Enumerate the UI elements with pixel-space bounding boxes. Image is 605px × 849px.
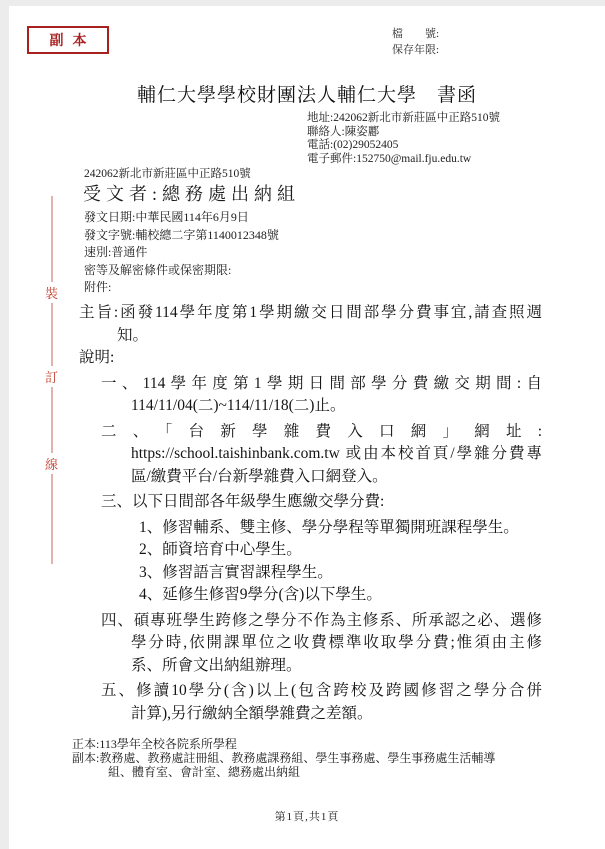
binding-char-xian: 線 xyxy=(45,453,58,474)
subject-line: 知。 xyxy=(79,325,542,348)
explanation-label: 說明: xyxy=(79,347,542,370)
body-subline: 3、修習語言實習課程學生。 xyxy=(79,562,542,585)
distribution-block: 正本:113學年全校各院系所學程 副本:教務處、教務處註冊組、教務處課務組、學生… xyxy=(72,737,495,779)
body-line: 二、「台新學雜費入口網」網址: xyxy=(79,421,542,444)
recipient-name: 受文者:總務處出納組 xyxy=(83,180,300,206)
body-line: 區/繳費平台/台新學雜費入口網登入。 xyxy=(79,466,542,489)
body-subline: 2、師資培育中心學生。 xyxy=(79,539,542,562)
sender-address: 地址:242062新北市新莊區中正路510號 xyxy=(307,112,500,126)
body-line: 系、所會文出納組辦理。 xyxy=(79,655,542,678)
attachment-label: 附件: xyxy=(84,279,279,297)
binding-char-zhuang: 裝 xyxy=(45,282,58,303)
copy-recipients: 組、體育室、會計室、總務處出納組 xyxy=(72,765,495,779)
file-number-label: 檔 號: xyxy=(392,26,439,42)
body-subline: 4、延修生修習9學分(含)以下學生。 xyxy=(79,584,542,607)
body-line: 一、114學年度第1學期日間部學分費繳交期間:自 xyxy=(79,373,542,396)
file-number-block: 檔 號: 保存年限: xyxy=(392,26,439,58)
binding-char-ding: 訂 xyxy=(45,366,58,387)
body-subline: 1、修習輔系、雙主修、學分學程等單獨開班課程學生。 xyxy=(79,517,542,540)
speed-class: 速別:普通件 xyxy=(84,244,279,262)
body-line: 三、以下日間部各年級學生應繳交學分費: xyxy=(79,491,542,514)
sender-contact: 聯絡人:陳姿酈 xyxy=(307,126,500,140)
body-line-url: https://school.taishinbank.com.tw 或由本校首頁… xyxy=(79,443,542,466)
body-line: 計算),另行繳納全額學雜費之差額。 xyxy=(79,703,542,726)
letter-body: 主旨:函發114學年度第1學期繳交日間部學分費事宜,請查照週 知。 說明: 一、… xyxy=(79,302,542,725)
document-meta-block: 發文日期:中華民國114年6月9日 發文字號:輔校總二字第1140012348號… xyxy=(84,209,279,297)
sender-info-block: 地址:242062新北市新莊區中正路510號 聯絡人:陳姿酈 電話:(02)29… xyxy=(307,112,500,166)
recipient-address: 242062新北市新莊區中正路510號 xyxy=(84,165,251,181)
document-title: 輔仁大學學校財團法人輔仁大學 書函 xyxy=(9,80,605,107)
security-class: 密等及解密條件或保密期限: xyxy=(84,262,279,280)
page-number: 第1頁,共1頁 xyxy=(9,808,605,824)
body-line: 四、碩專班學生跨修之學分不作為主修系、所承認之必、選修 xyxy=(79,610,542,633)
reference-number: 發文字號:輔校總二字第1140012348號 xyxy=(84,227,279,245)
body-line: 114/11/04(二)~114/11/18(二)止。 xyxy=(79,395,542,418)
retention-period-label: 保存年限: xyxy=(392,42,439,58)
document-page: 副本 檔 號: 保存年限: 輔仁大學學校財團法人輔仁大學 書函 地址:24206… xyxy=(9,6,605,849)
issue-date: 發文日期:中華民國114年6月9日 xyxy=(84,209,279,227)
sender-email: 電子郵件:152750@mail.fju.edu.tw xyxy=(307,153,500,167)
body-line: 五、修讀10學分(含)以上(包含跨校及跨國修習之學分合併 xyxy=(79,680,542,703)
original-recipients: 正本:113學年全校各院系所學程 xyxy=(72,737,495,751)
subject-line: 主旨:函發114學年度第1學期繳交日間部學分費事宜,請查照週 xyxy=(79,302,542,325)
copy-recipients: 副本:教務處、教務處註冊組、教務處課務組、學生事務處、學生事務處生活輔導 xyxy=(72,751,495,765)
copy-stamp: 副本 xyxy=(27,26,109,54)
body-line: 學分時,依開課單位之收費標準收取學分費;惟須由主修 xyxy=(79,632,542,655)
sender-phone: 電話:(02)29052405 xyxy=(307,139,500,153)
